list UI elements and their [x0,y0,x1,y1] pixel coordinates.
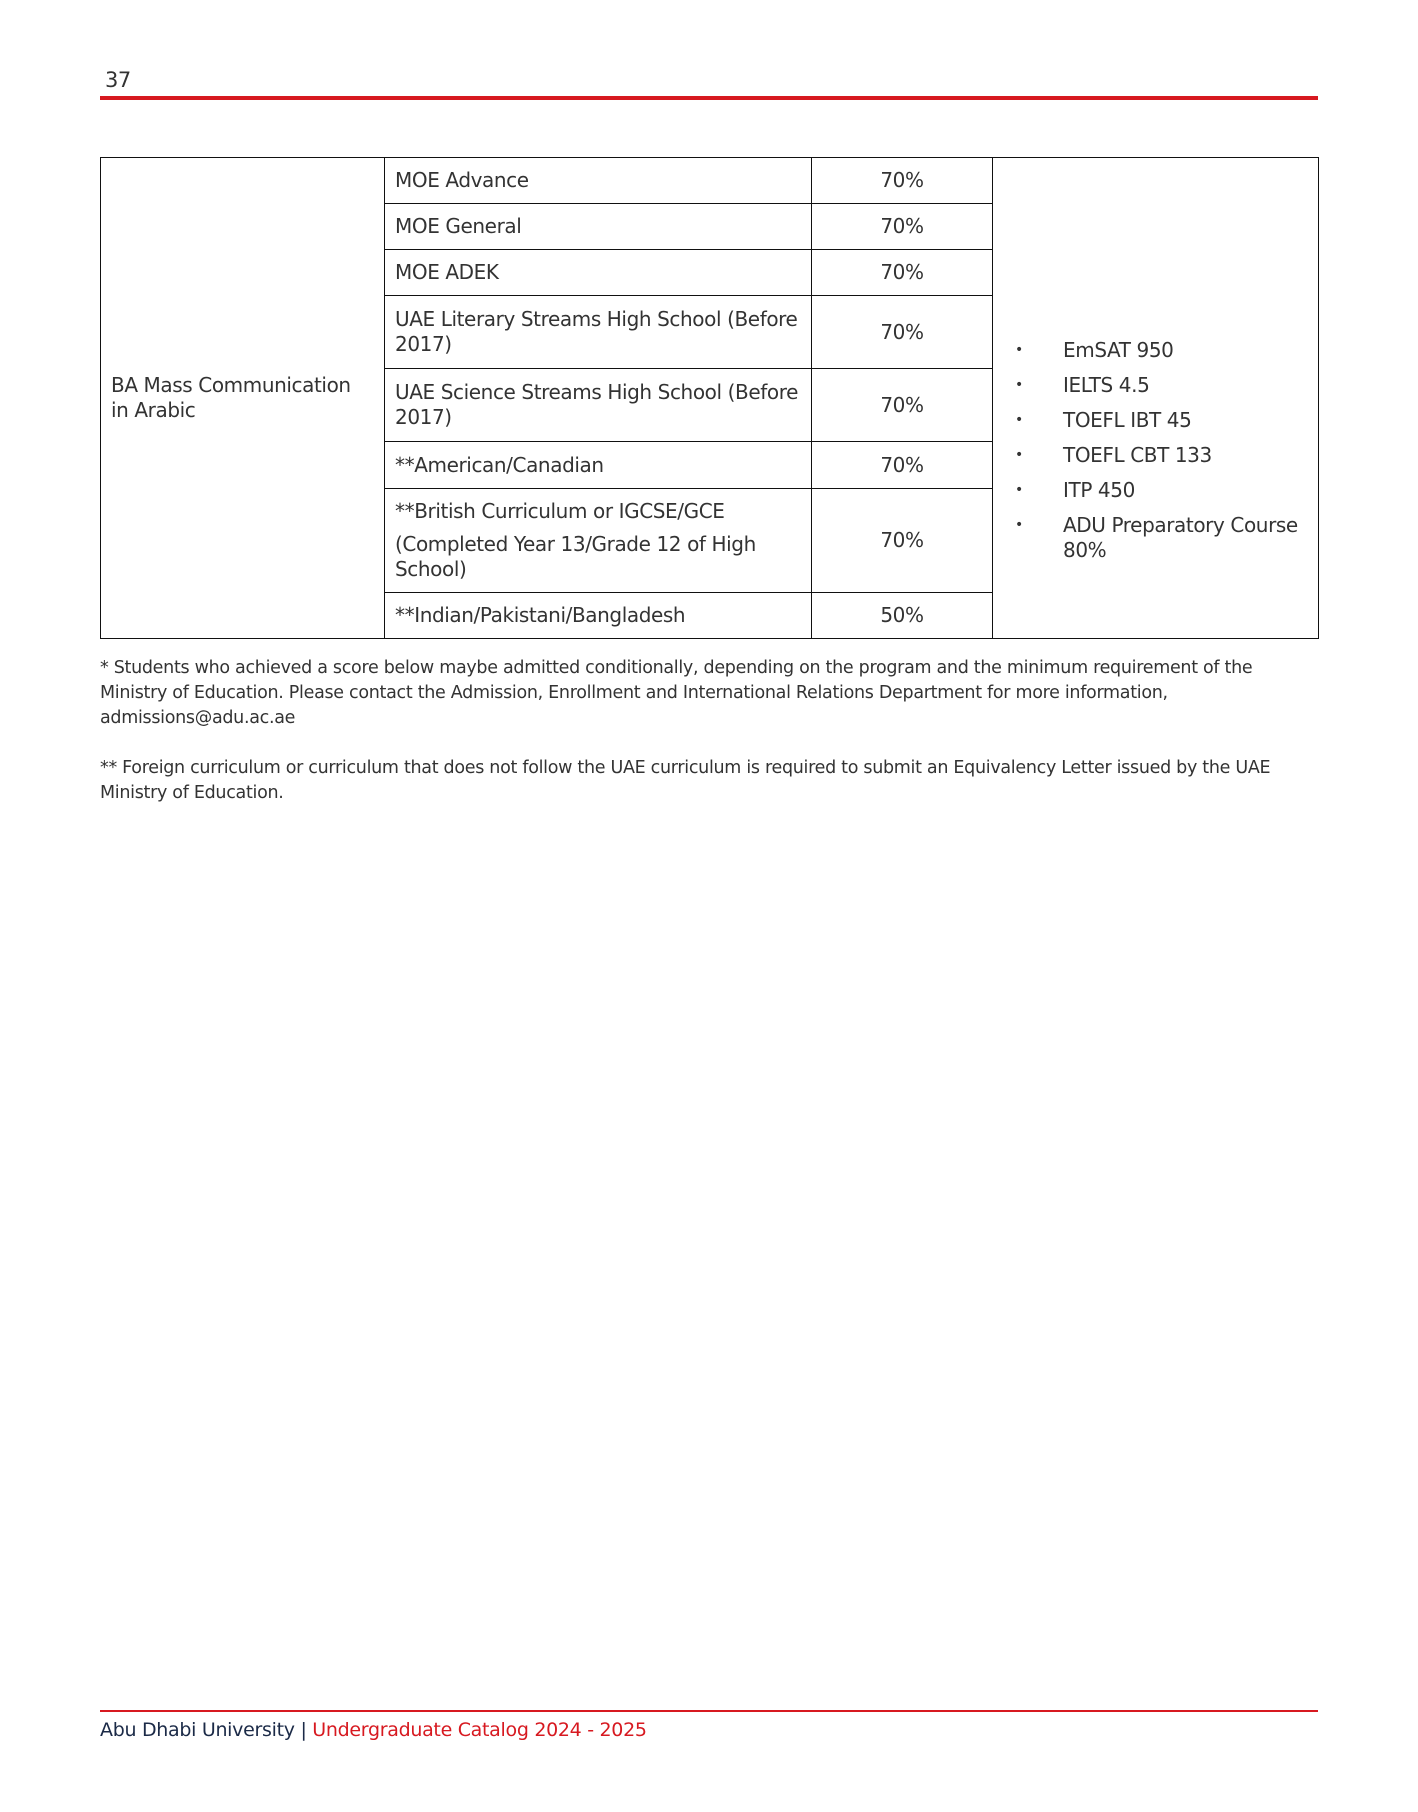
program-name-cell: BA Mass Communication in Arabic [101,158,385,639]
footnotes: * Students who achieved a score below ma… [100,656,1322,831]
min-score-cell: 50% [812,593,993,639]
list-item: •ADU Preparatory Course 80% [1003,513,1308,563]
list-item: •ITP 450 [1003,478,1308,503]
footer-catalog-title: Undergraduate Catalog 2024 - 2025 [312,1719,646,1741]
min-score-cell: 70% [812,489,993,593]
english-requirements-list: •EmSAT 950 •IELTS 4.5 •TOEFL IBT 45 •TOE… [1003,223,1308,563]
page-number: 37 [105,68,131,92]
admission-requirements-table: BA Mass Communication in Arabic MOE Adva… [100,157,1319,639]
list-item: •TOEFL CBT 133 [1003,443,1308,468]
curriculum-cell: MOE General [385,204,812,250]
curriculum-cell: **British Curriculum or IGCSE/GCE (Compl… [385,489,812,593]
min-score-cell: 70% [812,369,993,442]
curriculum-cell: **Indian/Pakistani/Bangladesh [385,593,812,639]
table-row: BA Mass Communication in Arabic MOE Adva… [101,158,1319,204]
min-score-cell: 70% [812,158,993,204]
list-item: •TOEFL IBT 45 [1003,408,1308,433]
list-item: •EmSAT 950 [1003,338,1308,363]
list-item: •IELTS 4.5 [1003,373,1308,398]
min-score-cell: 70% [812,296,993,369]
curriculum-cell: UAE Science Streams High School (Before … [385,369,812,442]
min-score-cell: 70% [812,442,993,489]
min-score-cell: 70% [812,204,993,250]
bullet-icon: • [1015,513,1023,538]
footer-organization: Abu Dhabi University [100,1719,295,1741]
bullet-icon: • [1015,443,1023,468]
bullet-icon: • [1015,338,1023,363]
header-divider [100,96,1318,100]
footnote-conditional-admission: * Students who achieved a score below ma… [100,656,1322,731]
footer-divider [100,1710,1318,1712]
bullet-icon: • [1015,373,1023,398]
curriculum-line: (Completed Year 13/Grade 12 of High Scho… [395,532,801,582]
footnote-equivalency-letter: ** Foreign curriculum or curriculum that… [100,756,1322,806]
footer-separator: | [300,1719,306,1741]
curriculum-cell: **American/Canadian [385,442,812,489]
bullet-icon: • [1015,478,1023,503]
bullet-icon: • [1015,408,1023,433]
english-requirements-cell: •EmSAT 950 •IELTS 4.5 •TOEFL IBT 45 •TOE… [993,158,1319,639]
curriculum-cell: UAE Literary Streams High School (Before… [385,296,812,369]
min-score-cell: 70% [812,250,993,296]
curriculum-cell: MOE Advance [385,158,812,204]
curriculum-line: **British Curriculum or IGCSE/GCE [395,499,801,524]
curriculum-cell: MOE ADEK [385,250,812,296]
footer: Abu Dhabi University | Undergraduate Cat… [100,1716,647,1744]
